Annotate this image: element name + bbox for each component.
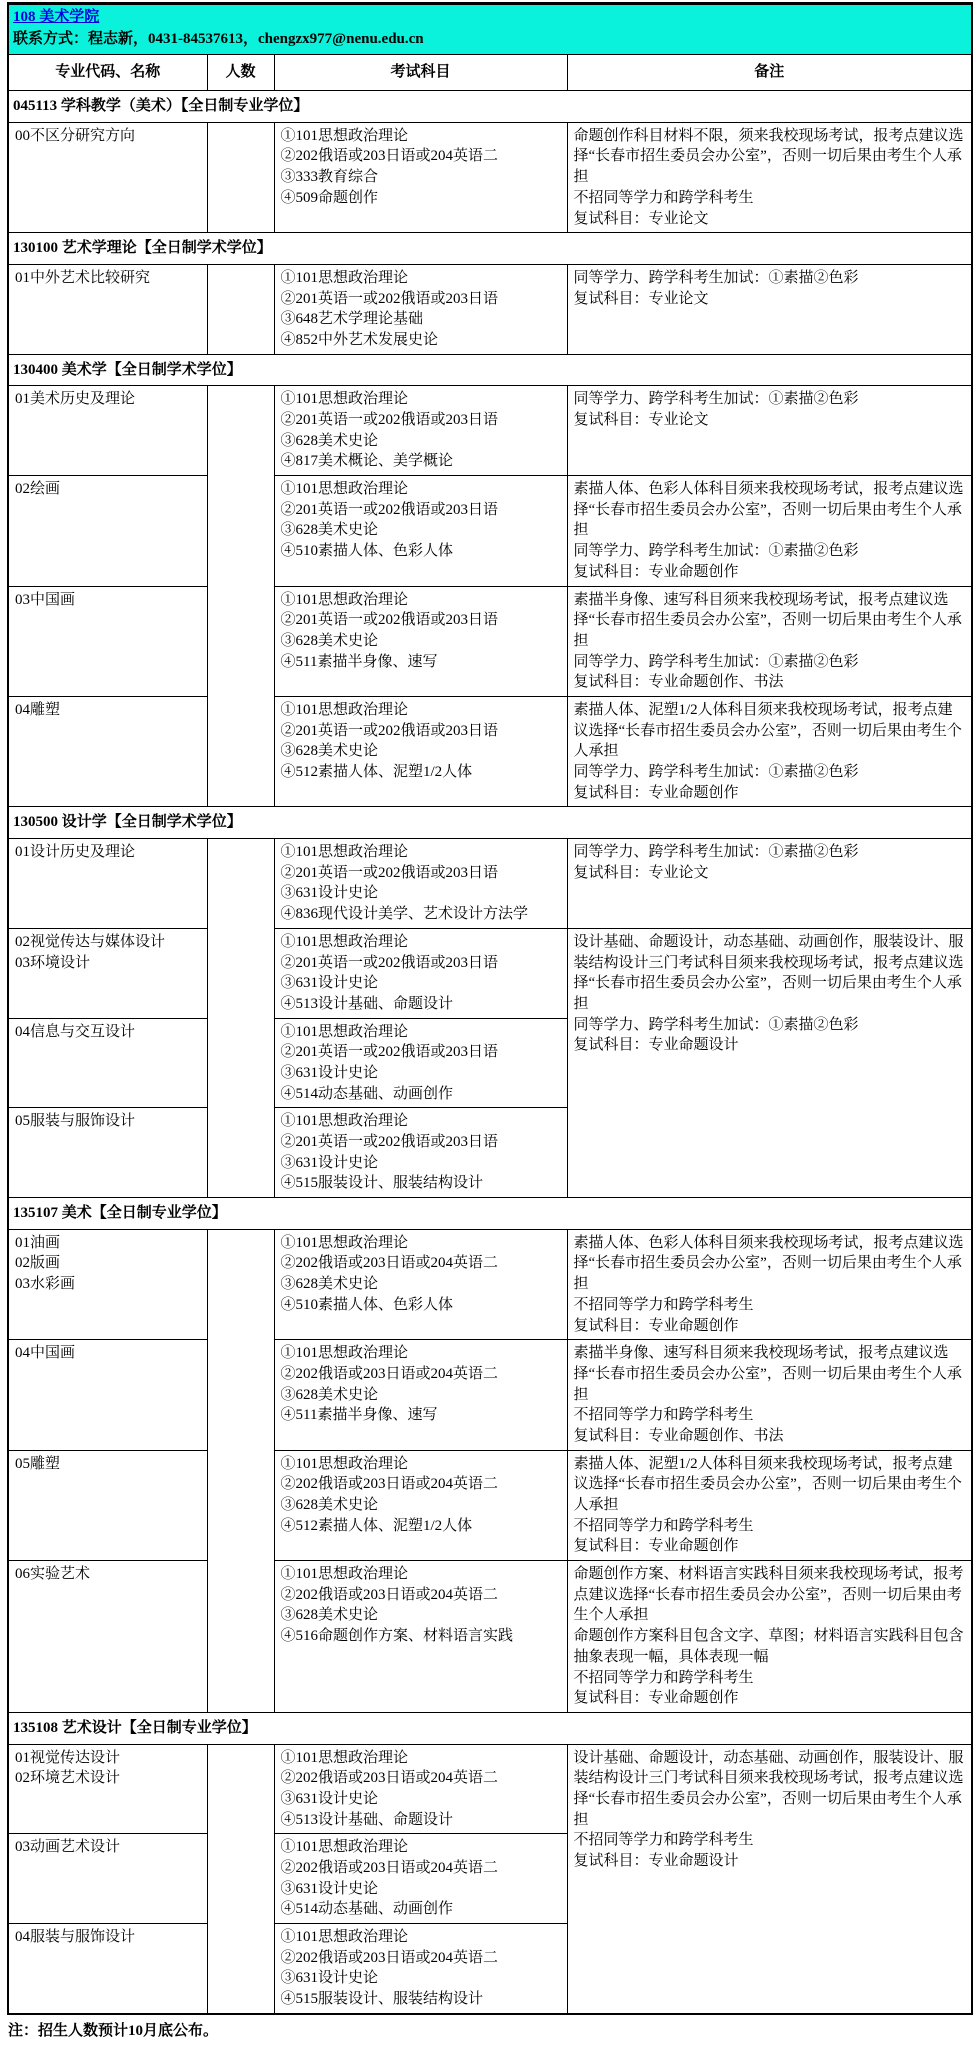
major-cell: 05服装与服饰设计 xyxy=(8,1108,207,1198)
contact-info: 联系方式：程志新，0431-84537613，chengzx977@nenu.e… xyxy=(13,29,967,50)
headcount-cell xyxy=(207,839,274,1198)
remarks-cell: 同等学力、跨学科考生加试：①素描②色彩 复试科目：专业论文 xyxy=(567,264,972,354)
major-cell: 02视觉传达与媒体设计 03环境设计 xyxy=(8,928,207,1018)
admissions-table: 108 美术学院 联系方式：程志新，0431-84537613，chengzx9… xyxy=(7,2,973,2015)
subjects-cell: ①101思想政治理论 ②201英语一或202俄语或203日语 ③631设计史论 … xyxy=(274,928,567,1018)
section-header: 130100 艺术学理论【全日制学术学位】 xyxy=(8,233,972,265)
subjects-cell: ①101思想政治理论 ②201英语一或202俄语或203日语 ③628美术史论 … xyxy=(274,696,567,806)
subjects-cell: ①101思想政治理论 ②202俄语或203日语或204英语二 ③628美术史论 … xyxy=(274,1229,567,1339)
table-row: 04中国画 ①101思想政治理论 ②202俄语或203日语或204英语二 ③62… xyxy=(8,1340,972,1450)
headcount-cell xyxy=(207,264,274,354)
footer-note: 注：招生人数预计10月底公布。 xyxy=(8,2019,979,2040)
remarks-cell: 素描人体、泥塑1/2人体科目须来我校现场考试，报考点建议选择“长春市招生委员会办… xyxy=(567,696,972,806)
subjects-cell: ①101思想政治理论 ②201英语一或202俄语或203日语 ③631设计史论 … xyxy=(274,839,567,929)
col-header-headcount: 人数 xyxy=(207,55,274,91)
remarks-cell: 同等学力、跨学科考生加试：①素描②色彩 复试科目：专业论文 xyxy=(567,839,972,929)
major-cell: 00不区分研究方向 xyxy=(8,122,207,232)
subjects-cell: ①101思想政治理论 ②201英语一或202俄语或203日语 ③631设计史论 … xyxy=(274,1018,567,1108)
column-header-row: 专业代码、名称 人数 考试科目 备注 xyxy=(8,55,972,91)
banner-row: 108 美术学院 联系方式：程志新，0431-84537613，chengzx9… xyxy=(8,4,972,55)
banner-cell: 108 美术学院 联系方式：程志新，0431-84537613，chengzx9… xyxy=(8,4,972,55)
subjects-cell: ①101思想政治理论 ②202俄语或203日语或204英语二 ③631设计史论 … xyxy=(274,1924,567,2014)
table-row: 04雕塑 ①101思想政治理论 ②201英语一或202俄语或203日语 ③628… xyxy=(8,696,972,806)
subjects-cell: ①101思想政治理论 ②201英语一或202俄语或203日语 ③648艺术学理论… xyxy=(274,264,567,354)
section-header: 135107 美术【全日制专业学位】 xyxy=(8,1198,972,1230)
subjects-cell: ①101思想政治理论 ②202俄语或203日语或204英语二 ③628美术史论 … xyxy=(274,1450,567,1560)
major-cell: 04信息与交互设计 xyxy=(8,1018,207,1108)
subjects-cell: ①101思想政治理论 ②202俄语或203日语或204英语二 ③628美术史论 … xyxy=(274,1340,567,1450)
major-cell: 01油画 02版画 03水彩画 xyxy=(8,1229,207,1339)
headcount-cell xyxy=(207,122,274,232)
remarks-cell: 命题创作方案、材料语言实践科目须来我校现场考试，报考点建议选择“长春市招生委员会… xyxy=(567,1561,972,1713)
table-row: 01视觉传达设计 02环境艺术设计 ①101思想政治理论 ②202俄语或203日… xyxy=(8,1744,972,1834)
col-header-major: 专业代码、名称 xyxy=(8,55,207,91)
college-link[interactable]: 108 美术学院 xyxy=(13,7,99,28)
section-title: 135107 美术【全日制专业学位】 xyxy=(8,1198,972,1230)
remarks-cell: 素描人体、色彩人体科目须来我校现场考试，报考点建议选择“长春市招生委员会办公室”… xyxy=(567,476,972,586)
remarks-cell: 命题创作科目材料不限，须来我校现场考试，报考点建议选择“长春市招生委员会办公室”… xyxy=(567,122,972,232)
table-row: 01中外艺术比较研究 ①101思想政治理论 ②201英语一或202俄语或203日… xyxy=(8,264,972,354)
section-title: 045113 学科教学（美术）【全日制专业学位】 xyxy=(8,91,972,123)
major-cell: 06实验艺术 xyxy=(8,1561,207,1713)
col-header-remarks: 备注 xyxy=(567,55,972,91)
headcount-cell xyxy=(207,1744,274,2014)
major-cell: 01美术历史及理论 xyxy=(8,386,207,476)
section-title: 130100 艺术学理论【全日制学术学位】 xyxy=(8,233,972,265)
major-cell: 01视觉传达设计 02环境艺术设计 xyxy=(8,1744,207,1834)
major-cell: 01设计历史及理论 xyxy=(8,839,207,929)
section-header: 130500 设计学【全日制学术学位】 xyxy=(8,807,972,839)
table-row: 01设计历史及理论 ①101思想政治理论 ②201英语一或202俄语或203日语… xyxy=(8,839,972,929)
col-header-subjects: 考试科目 xyxy=(274,55,567,91)
remarks-cell: 素描半身像、速写科目须来我校现场考试，报考点建议选择“长春市招生委员会办公室”，… xyxy=(567,1340,972,1450)
admissions-sheet: 108 美术学院 联系方式：程志新，0431-84537613，chengzx9… xyxy=(0,0,979,2050)
remarks-cell: 同等学力、跨学科考生加试：①素描②色彩 复试科目：专业论文 xyxy=(567,386,972,476)
major-cell: 03中国画 xyxy=(8,586,207,696)
subjects-cell: ①101思想政治理论 ②201英语一或202俄语或203日语 ③631设计史论 … xyxy=(274,1108,567,1198)
subjects-cell: ①101思想政治理论 ②202俄语或203日语或204英语二 ③333教育综合 … xyxy=(274,122,567,232)
remarks-cell: 设计基础、命题设计，动态基础、动画创作，服装设计、服装结构设计三门考试科目须来我… xyxy=(567,1744,972,2014)
headcount-cell xyxy=(207,1229,274,1712)
major-cell: 01中外艺术比较研究 xyxy=(8,264,207,354)
table-row: 00不区分研究方向 ①101思想政治理论 ②202俄语或203日语或204英语二… xyxy=(8,122,972,232)
subjects-cell: ①101思想政治理论 ②202俄语或203日语或204英语二 ③631设计史论 … xyxy=(274,1744,567,1834)
major-cell: 02绘画 xyxy=(8,476,207,586)
table-row: 06实验艺术 ①101思想政治理论 ②202俄语或203日语或204英语二 ③6… xyxy=(8,1561,972,1713)
section-header: 045113 学科教学（美术）【全日制专业学位】 xyxy=(8,91,972,123)
headcount-cell xyxy=(207,386,274,807)
major-cell: 05雕塑 xyxy=(8,1450,207,1560)
remarks-cell: 设计基础、命题设计，动态基础、动画创作，服装设计、服装结构设计三门考试科目须来我… xyxy=(567,928,972,1197)
table-row: 02绘画 ①101思想政治理论 ②201英语一或202俄语或203日语 ③628… xyxy=(8,476,972,586)
section-title: 130400 美术学【全日制学术学位】 xyxy=(8,354,972,386)
major-cell: 04雕塑 xyxy=(8,696,207,806)
table-row: 02视觉传达与媒体设计 03环境设计 ①101思想政治理论 ②201英语一或20… xyxy=(8,928,972,1018)
remarks-cell: 素描人体、泥塑1/2人体科目须来我校现场考试，报考点建议选择“长春市招生委员会办… xyxy=(567,1450,972,1560)
subjects-cell: ①101思想政治理论 ②202俄语或203日语或204英语二 ③628美术史论 … xyxy=(274,1561,567,1713)
major-cell: 04服装与服饰设计 xyxy=(8,1924,207,2014)
table-row: 05雕塑 ①101思想政治理论 ②202俄语或203日语或204英语二 ③628… xyxy=(8,1450,972,1560)
subjects-cell: ①101思想政治理论 ②201英语一或202俄语或203日语 ③628美术史论 … xyxy=(274,586,567,696)
table-row: 01油画 02版画 03水彩画 ①101思想政治理论 ②202俄语或203日语或… xyxy=(8,1229,972,1339)
section-header: 135108 艺术设计【全日制专业学位】 xyxy=(8,1712,972,1744)
remarks-cell: 素描人体、色彩人体科目须来我校现场考试，报考点建议选择“长春市招生委员会办公室”… xyxy=(567,1229,972,1339)
subjects-cell: ①101思想政治理论 ②202俄语或203日语或204英语二 ③631设计史论 … xyxy=(274,1834,567,1924)
remarks-cell: 素描半身像、速写科目须来我校现场考试，报考点建议选择“长春市招生委员会办公室”，… xyxy=(567,586,972,696)
section-title: 135108 艺术设计【全日制专业学位】 xyxy=(8,1712,972,1744)
section-title: 130500 设计学【全日制学术学位】 xyxy=(8,807,972,839)
major-cell: 04中国画 xyxy=(8,1340,207,1450)
section-header: 130400 美术学【全日制学术学位】 xyxy=(8,354,972,386)
subjects-cell: ①101思想政治理论 ②201英语一或202俄语或203日语 ③628美术史论 … xyxy=(274,386,567,476)
table-row: 01美术历史及理论 ①101思想政治理论 ②201英语一或202俄语或203日语… xyxy=(8,386,972,476)
subjects-cell: ①101思想政治理论 ②201英语一或202俄语或203日语 ③628美术史论 … xyxy=(274,476,567,586)
major-cell: 03动画艺术设计 xyxy=(8,1834,207,1924)
table-row: 03中国画 ①101思想政治理论 ②201英语一或202俄语或203日语 ③62… xyxy=(8,586,972,696)
